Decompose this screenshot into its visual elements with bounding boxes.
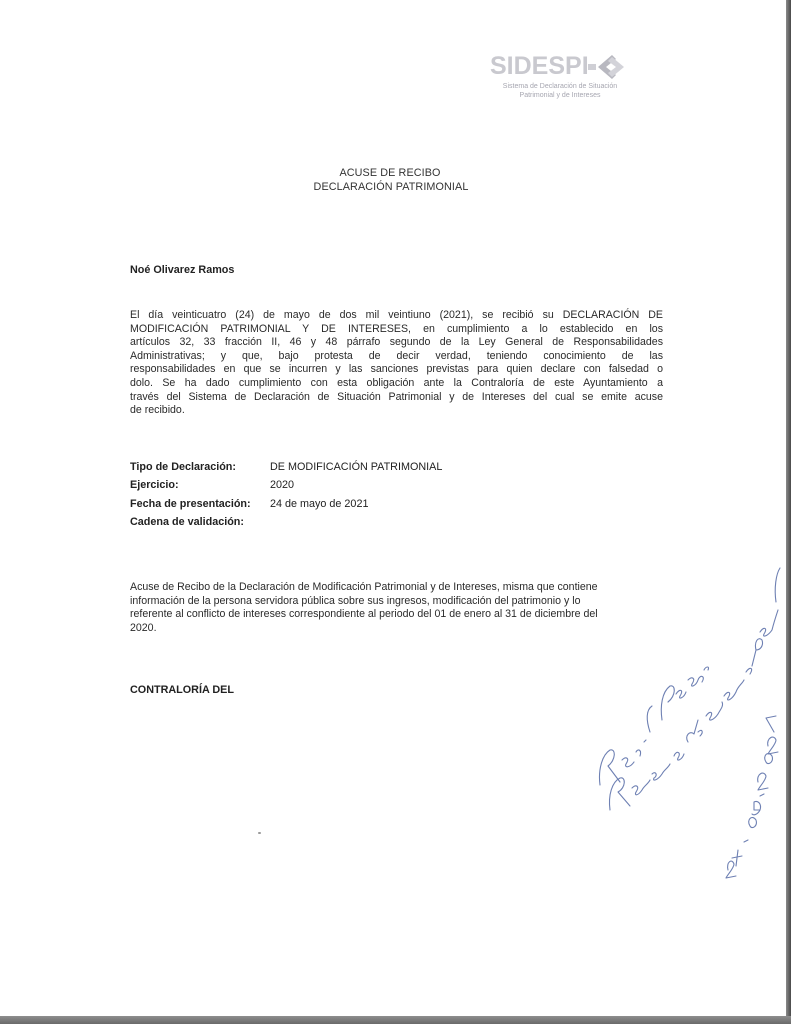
body-line: través del Sistema de Declaración de Sit… xyxy=(130,391,663,405)
recipient-name: Noé Olivarez Ramos xyxy=(130,264,234,276)
field-row-fecha: Fecha de presentación: 24 de mayo de 202… xyxy=(130,498,442,516)
handwritten-annotation xyxy=(580,470,791,890)
arrow-icon xyxy=(588,52,628,82)
document-title: ACUSE DE RECIBO xyxy=(0,167,783,179)
field-value: 2020 xyxy=(270,479,294,491)
sidespi-logo: SIDESPI Sistema de Declaración de Situac… xyxy=(486,50,646,110)
field-label: Cadena de validación: xyxy=(130,516,270,528)
field-label: Fecha de presentación: xyxy=(130,498,270,510)
closing-signature: CONTRALORÍA DEL xyxy=(130,684,234,696)
summary-line: Acuse de Recibo de la Declaración de Mod… xyxy=(130,581,663,595)
field-row-cadena: Cadena de validación: xyxy=(130,516,442,534)
logo-subtitle-line2: Patrimonial y de Intereses xyxy=(490,92,630,99)
scan-bottom-edge xyxy=(0,1016,791,1024)
document-page: SIDESPI Sistema de Declaración de Situac… xyxy=(0,0,786,1016)
logo-subtitle-line1: Sistema de Declaración de Situación xyxy=(490,83,630,90)
field-row-tipo: Tipo de Declaración: DE MODIFICACIÓN PAT… xyxy=(130,461,442,479)
field-row-ejercicio: Ejercicio: 2020 xyxy=(130,479,442,497)
body-line: de recibido. xyxy=(130,404,663,418)
body-line: responsabilidades en que se incurren y l… xyxy=(130,363,663,377)
body-line: dolo. Se ha dado cumplimiento con esta o… xyxy=(130,377,663,391)
summary-line: 2020. xyxy=(130,622,663,636)
summary-line: referente al conflicto de intereses corr… xyxy=(130,608,663,622)
field-value: 24 de mayo de 2021 xyxy=(270,498,368,510)
body-line: El día veinticuatro (24) de mayo de dos … xyxy=(130,309,663,323)
document-subtitle: DECLARACIÓN PATRIMONIAL xyxy=(0,181,784,193)
scan-speck xyxy=(258,832,261,834)
field-label: Ejercicio: xyxy=(130,479,270,491)
body-line: Administrativas; y que, bajo protesta de… xyxy=(130,350,663,364)
declaration-fields: Tipo de Declaración: DE MODIFICACIÓN PAT… xyxy=(130,461,442,534)
field-label: Tipo de Declaración: xyxy=(130,461,270,473)
summary-line: información de la persona servidora públ… xyxy=(130,595,663,609)
body-line: MODIFICACIÓN PATRIMONIAL Y DE INTERESES,… xyxy=(130,323,663,337)
body-line: artículos 32, 33 fracción II, 46 y 48 pá… xyxy=(130,336,663,350)
field-value: DE MODIFICACIÓN PATRIMONIAL xyxy=(270,461,442,473)
scan-right-edge xyxy=(786,0,791,1024)
logo-wordmark: SIDESPI xyxy=(490,52,589,81)
body-paragraph: El día veinticuatro (24) de mayo de dos … xyxy=(130,309,663,418)
summary-paragraph: Acuse de Recibo de la Declaración de Mod… xyxy=(130,581,663,635)
